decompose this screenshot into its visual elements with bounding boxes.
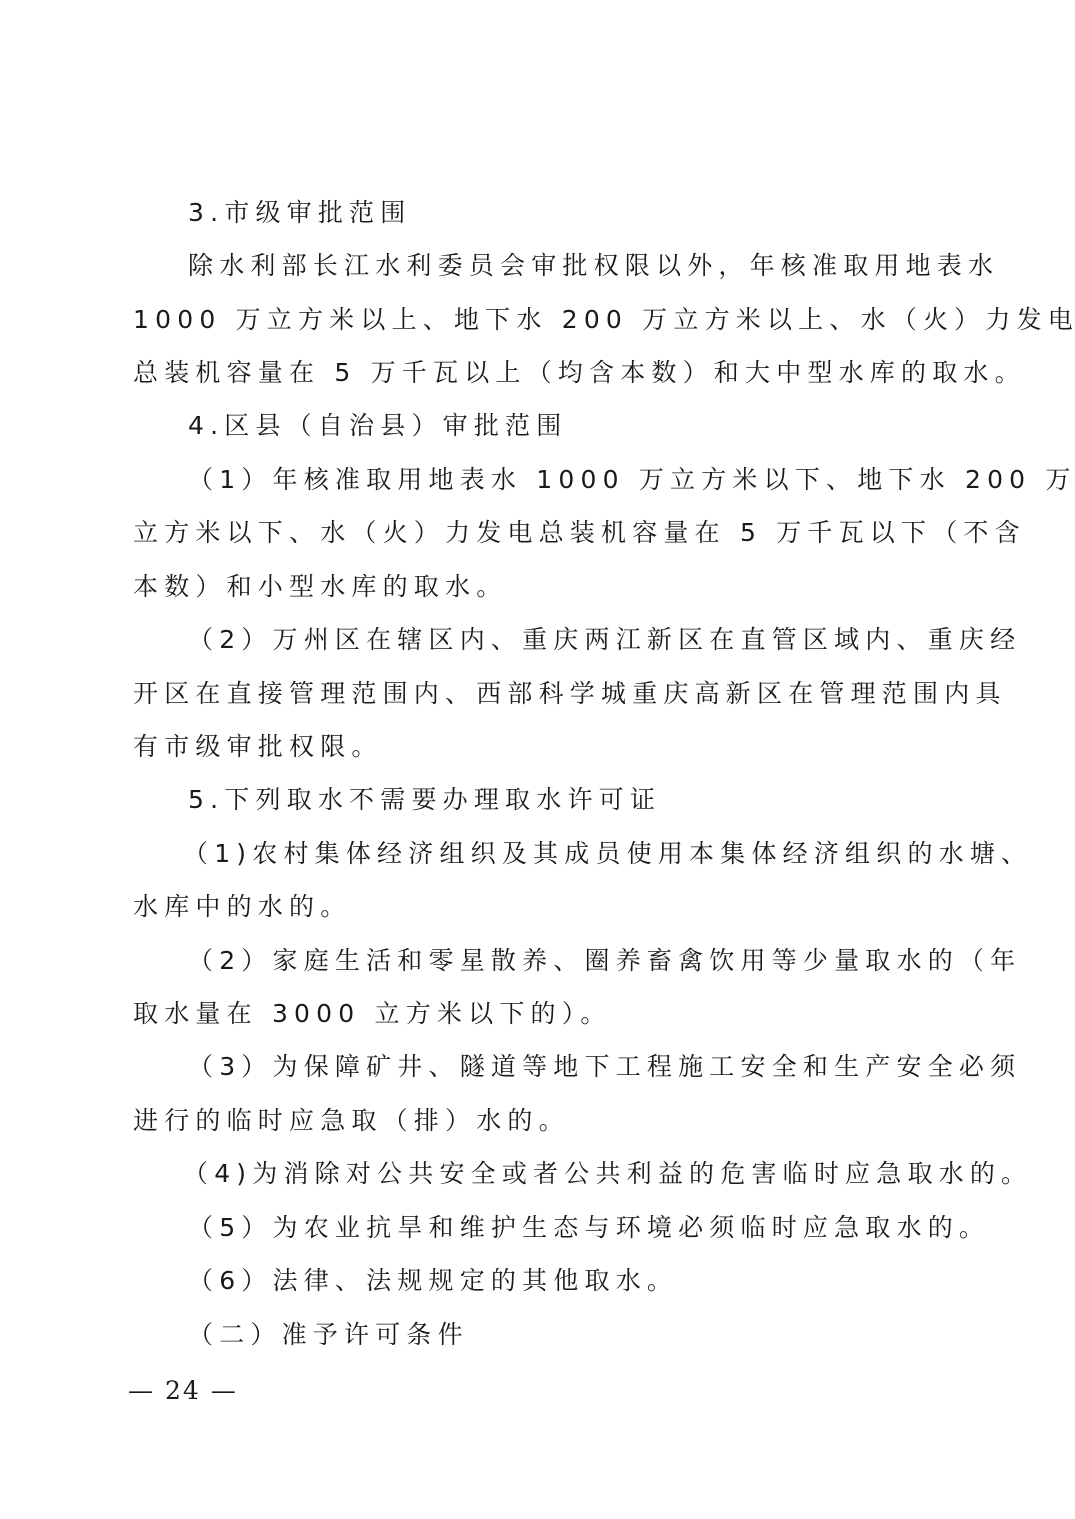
section-heading-approval-conditions: （二）准予许可条件 (188, 1315, 943, 1355)
paragraph-line: （2）家庭生活和零星散养、圈养畜禽饮用等少量取水的（年 (188, 941, 943, 981)
paragraph-line: 取水量在 3000 立方米以下的）。 (133, 994, 943, 1034)
paragraph-line: 水库中的水的。 (133, 887, 943, 927)
section-heading-exemptions: 5.下列取水不需要办理取水许可证 (188, 780, 943, 820)
page-number: — 24 — (128, 1374, 238, 1408)
paragraph-line: 进行的临时应急取（排）水的。 (133, 1101, 943, 1141)
paragraph-line: 立方米以下、水（火）力发电总装机容量在 5 万千瓦以下（不含 (133, 513, 943, 553)
paragraph-line: （4)为消除对公共安全或者公共利益的危害临时应急取水的。 (183, 1154, 948, 1194)
section-heading-county-approval: 4.区县（自治县）审批范围 (188, 406, 943, 446)
paragraph-line: 有市级审批权限。 (133, 727, 943, 767)
document-page: 3.市级审批范围 除水利部长江水利委员会审批权限以外，年核准取用地表水 1000… (0, 0, 1075, 1519)
paragraph-line: （6）法律、法规规定的其他取水。 (188, 1261, 943, 1301)
paragraph-line: （3）为保障矿井、隧道等地下工程施工安全和生产安全必须 (188, 1047, 943, 1087)
paragraph-line: （1）年核准取用地表水 1000 万立方米以下、地下水 200 万 (188, 460, 943, 500)
paragraph-line: （2）万州区在辖区内、重庆两江新区在直管区域内、重庆经 (188, 620, 943, 660)
section-heading-municipal-approval: 3.市级审批范围 (188, 193, 943, 233)
paragraph-line: 总装机容量在 5 万千瓦以上（均含本数）和大中型水库的取水。 (133, 353, 943, 393)
paragraph-line: 开区在直接管理范围内、西部科学城重庆高新区在管理范围内具 (133, 674, 943, 714)
paragraph-line: 1000 万立方米以上、地下水 200 万立方米以上、水（火）力发电 (133, 300, 943, 340)
paragraph-line: （5）为农业抗旱和维护生态与环境必须临时应急取水的。 (188, 1208, 943, 1248)
paragraph-line: 本数）和小型水库的取水。 (133, 567, 943, 607)
paragraph-line: 除水利部长江水利委员会审批权限以外，年核准取用地表水 (188, 246, 943, 286)
paragraph-line: （1)农村集体经济组织及其成员使用本集体经济组织的水塘、 (183, 834, 945, 874)
